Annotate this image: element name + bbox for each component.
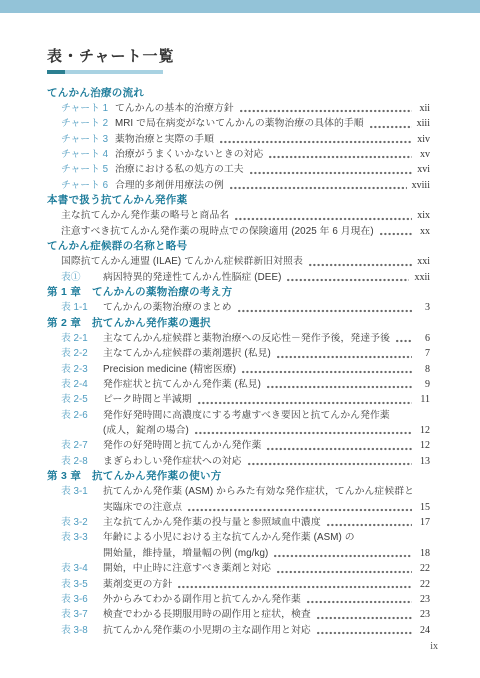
dot-leader [198, 401, 412, 405]
dot-leader [277, 355, 412, 359]
toc-entry-line: 実臨床での注意点15 [47, 500, 430, 515]
dot-leader [238, 309, 412, 313]
toc-entry-line: 表 3-1抗てんかん発作薬 (ASM) からみた有効な発作症状，てんかん症候群と [47, 484, 430, 499]
dot-leader [240, 109, 412, 113]
toc-entry-line: チャート 2MRI で局在病変がないてんかんの薬物治療の具体的手順xiii [47, 116, 430, 131]
dot-leader [317, 616, 412, 620]
entry-title: Precision medicine (精密医療) [103, 362, 236, 377]
toc-entry-line: 表 3-4開始，中止時に注意すべき薬剤と対応22 [47, 561, 430, 576]
entry-title: 病因特異的発達性てんかん性脳症 (DEE) [103, 270, 281, 285]
toc-entry-line: 表 2-4発作症状と抗てんかん発作薬 (私見)9 [47, 377, 430, 392]
entry-label: 表① [61, 270, 103, 285]
entry-page-number: xxi [417, 254, 430, 269]
entry-page-number: xiii [417, 116, 430, 131]
entry-title: (成人，錠剤の場合) [103, 423, 189, 438]
entry-title: 外からみてわかる副作用と抗てんかん発作薬 [103, 592, 301, 607]
toc-entry-line: 表 2-1主なてんかん症候群と薬物治療への反応性－発作予後，発達予後6 [47, 331, 430, 346]
toc-entry-line: 開始量，維持量，増量幅の例 (mg/kg)18 [47, 546, 430, 561]
entry-title: MRI で局在病変がないてんかんの薬物治療の具体的手順 [115, 116, 364, 131]
dot-leader [396, 339, 412, 343]
entry-title: てんかんの基本的治療方針 [115, 101, 234, 116]
entry-page-number: 11 [417, 392, 430, 407]
entry-label: 表 3-5 [61, 577, 103, 592]
toc-entry-line: チャート 5治療における私の処方の工夫xvi [47, 162, 430, 177]
dot-leader [327, 523, 412, 527]
entry-page-number: 13 [417, 454, 430, 469]
entry-page-number: 12 [417, 438, 430, 453]
entry-title: 合理的多剤併用療法の例 [115, 178, 224, 193]
entry-label: 表 2-8 [61, 454, 103, 469]
toc-entry-line: 表 3-2主な抗てんかん発作薬の投与量と参照域血中濃度17 [47, 515, 430, 530]
entry-title: 実臨床での注意点 [103, 500, 182, 515]
section-heading: 第 3 章 抗てんかん発作薬の使い方 [47, 469, 430, 484]
entry-label: 表 2-5 [61, 392, 103, 407]
entry-title: 国際抗てんかん連盟 (ILAE) てんかん症候群新旧対照表 [61, 254, 303, 269]
page-body: 表・チャート一覧 てんかん治療の流れチャート 1てんかんの基本的治療方針xiiチ… [0, 47, 480, 638]
section-heading: てんかん治療の流れ [47, 86, 430, 101]
folio-page-number: ix [430, 641, 438, 652]
toc-entry-line: 表 2-5ピーク時間と半減期11 [47, 392, 430, 407]
entry-label: 表 3-8 [61, 623, 103, 638]
dot-leader [380, 232, 412, 236]
entry-label: 表 2-3 [61, 362, 103, 377]
toc-entry-line: 表 2-3Precision medicine (精密医療)8 [47, 362, 430, 377]
dot-leader [307, 600, 412, 604]
entry-title: てんかんの薬物治療のまとめ [103, 300, 232, 315]
toc-entry-line: チャート 1てんかんの基本的治療方針xii [47, 101, 430, 116]
dot-leader [267, 385, 412, 389]
dot-leader [287, 278, 409, 282]
entry-page-number: xx [417, 224, 430, 239]
entry-title: 主な抗てんかん発作薬の投与量と参照域血中濃度 [103, 515, 321, 530]
entry-title: 抗てんかん発作薬 (ASM) からみた有効な発作症状，てんかん症候群と [103, 484, 414, 499]
entry-label: 表 2-2 [61, 346, 103, 361]
toc-entry-line: 表 1-1てんかんの薬物治療のまとめ3 [47, 300, 430, 315]
entry-page-number: 9 [417, 377, 430, 392]
toc-entry-line: チャート 3薬物治療と実際の手順xiv [47, 132, 430, 147]
section-heading: てんかん症候群の名称と略号 [47, 239, 430, 254]
entry-page-number: 7 [417, 346, 430, 361]
entry-label: 表 2-6 [61, 408, 103, 423]
entry-label: チャート 4 [61, 147, 115, 162]
entry-page-number: xviii [412, 178, 430, 193]
entry-title: 発作症状と抗てんかん発作薬 (私見) [103, 377, 261, 392]
entry-label: 表 3-2 [61, 515, 103, 530]
title-underline [47, 70, 163, 74]
entry-title: 主な抗てんかん発作薬の略号と商品名 [61, 208, 229, 223]
dot-leader [317, 631, 412, 635]
entry-label: 表 2-1 [61, 331, 103, 346]
entry-page-number: xxii [414, 270, 430, 285]
entry-page-number: 6 [417, 331, 430, 346]
entry-label: 表 3-1 [61, 484, 103, 499]
entry-title: 薬剤変更の方針 [103, 577, 172, 592]
entry-title: 検査でわかる長期服用時の副作用と症状，検査 [103, 607, 311, 622]
entry-label: 表 3-6 [61, 592, 103, 607]
entry-page-number: 12 [417, 423, 430, 438]
page-top-band [0, 0, 480, 13]
toc-entry-line: 表 3-8抗てんかん発作薬の小児期の主な副作用と対応24 [47, 623, 430, 638]
entry-page-number: 17 [417, 515, 430, 530]
entry-title: 薬物治療と実際の手順 [115, 132, 214, 147]
toc-entry-line: 表①病因特異的発達性てんかん性脳症 (DEE)xxii [47, 270, 430, 285]
entry-page-number: xiv [417, 132, 430, 147]
section-heading: 本書で扱う抗てんかん発作薬 [47, 193, 430, 208]
toc-entry-line: 主な抗てんかん発作薬の略号と商品名xix [47, 208, 430, 223]
entry-label: 表 1-1 [61, 300, 103, 315]
entry-title: 開始，中止時に注意すべき薬剤と対応 [103, 561, 271, 576]
entry-label: チャート 2 [61, 116, 115, 131]
toc-entry-line: チャート 6合理的多剤併用療法の例xviii [47, 178, 430, 193]
toc-entry-line: 表 2-6発作好発時間に高濃度にする考慮すべき要因と抗てんかん発作薬 [47, 408, 430, 423]
entry-page-number: 22 [417, 561, 430, 576]
toc-list: てんかん治療の流れチャート 1てんかんの基本的治療方針xiiチャート 2MRI … [47, 86, 430, 638]
entry-title: 抗てんかん発作薬の小児期の主な副作用と対応 [103, 623, 311, 638]
entry-title: 治療における私の処方の工夫 [115, 162, 244, 177]
entry-label: チャート 1 [61, 101, 115, 116]
entry-page-number: 18 [417, 546, 430, 561]
dot-leader [230, 186, 407, 190]
entry-title: 発作の好発時間と抗てんかん発作薬 [103, 438, 261, 453]
toc-entry-line: 表 3-3年齢による小児における主な抗てんかん発作薬 (ASM) の [47, 530, 430, 545]
dot-leader [188, 508, 412, 512]
entry-title: 注意すべき抗てんかん発作薬の現時点での保険適用 (2025 年 6 月現在) [61, 224, 374, 239]
entry-title: 年齢による小児における主な抗てんかん発作薬 (ASM) の [103, 530, 355, 545]
page-title: 表・チャート一覧 [47, 47, 430, 66]
entry-title: まぎらわしい発作症状への対応 [103, 454, 242, 469]
entry-page-number: xii [417, 101, 430, 116]
dot-leader [277, 570, 412, 574]
dot-leader [267, 447, 412, 451]
entry-title: 主なてんかん症候群の薬剤選択 (私見) [103, 346, 271, 361]
entry-title: ピーク時間と半減期 [103, 392, 192, 407]
toc-entry-line: チャート 4治療がうまくいかないときの対応xv [47, 147, 430, 162]
entry-page-number: 3 [417, 300, 430, 315]
dot-leader [269, 155, 412, 159]
toc-entry-line: 表 2-8まぎらわしい発作症状への対応13 [47, 454, 430, 469]
entry-title: 治療がうまくいかないときの対応 [115, 147, 263, 162]
dot-leader [235, 217, 412, 221]
entry-title: 開始量，維持量，増量幅の例 (mg/kg) [103, 546, 268, 561]
toc-entry-line: 表 3-7検査でわかる長期服用時の副作用と症状，検査23 [47, 607, 430, 622]
section-heading: 第 1 章 てんかんの薬物治療の考え方 [47, 285, 430, 300]
entry-page-number: xv [417, 147, 430, 162]
toc-entry-line: (成人，錠剤の場合)12 [47, 423, 430, 438]
toc-entry-line: 表 3-5薬剤変更の方針22 [47, 577, 430, 592]
dot-leader [242, 370, 412, 374]
entry-page-number: 15 [417, 500, 430, 515]
entry-page-number: 24 [417, 623, 430, 638]
entry-title: 発作好発時間に高濃度にする考慮すべき要因と抗てんかん発作薬 [103, 408, 390, 423]
entry-page-number: xvi [417, 162, 430, 177]
dot-leader [220, 140, 412, 144]
entry-title: 主なてんかん症候群と薬物治療への反応性－発作予後，発達予後 [103, 331, 390, 346]
dot-leader [195, 431, 412, 435]
dot-leader [370, 125, 412, 129]
entry-page-number: xix [417, 208, 430, 223]
toc-entry-line: 注意すべき抗てんかん発作薬の現時点での保険適用 (2025 年 6 月現在)xx [47, 224, 430, 239]
toc-entry-line: 表 3-6外からみてわかる副作用と抗てんかん発作薬23 [47, 592, 430, 607]
entry-label: 表 3-7 [61, 607, 103, 622]
entry-page-number: 8 [417, 362, 430, 377]
section-heading: 第 2 章 抗てんかん発作薬の選択 [47, 316, 430, 331]
dot-leader [250, 171, 412, 175]
entry-label: 表 2-4 [61, 377, 103, 392]
entry-label: チャート 6 [61, 178, 115, 193]
entry-label: チャート 3 [61, 132, 115, 147]
entry-label: 表 3-4 [61, 561, 103, 576]
dot-leader [309, 263, 412, 267]
entry-page-number: 23 [417, 592, 430, 607]
entry-page-number: 22 [417, 577, 430, 592]
entry-label: チャート 5 [61, 162, 115, 177]
dot-leader [248, 462, 412, 466]
dot-leader [178, 585, 412, 589]
toc-entry-line: 表 2-7発作の好発時間と抗てんかん発作薬12 [47, 438, 430, 453]
entry-label: 表 3-3 [61, 530, 103, 545]
toc-entry-line: 表 2-2主なてんかん症候群の薬剤選択 (私見)7 [47, 346, 430, 361]
entry-label: 表 2-7 [61, 438, 103, 453]
entry-page-number: 23 [417, 607, 430, 622]
dot-leader [274, 554, 412, 558]
toc-entry-line: 国際抗てんかん連盟 (ILAE) てんかん症候群新旧対照表xxi [47, 254, 430, 269]
